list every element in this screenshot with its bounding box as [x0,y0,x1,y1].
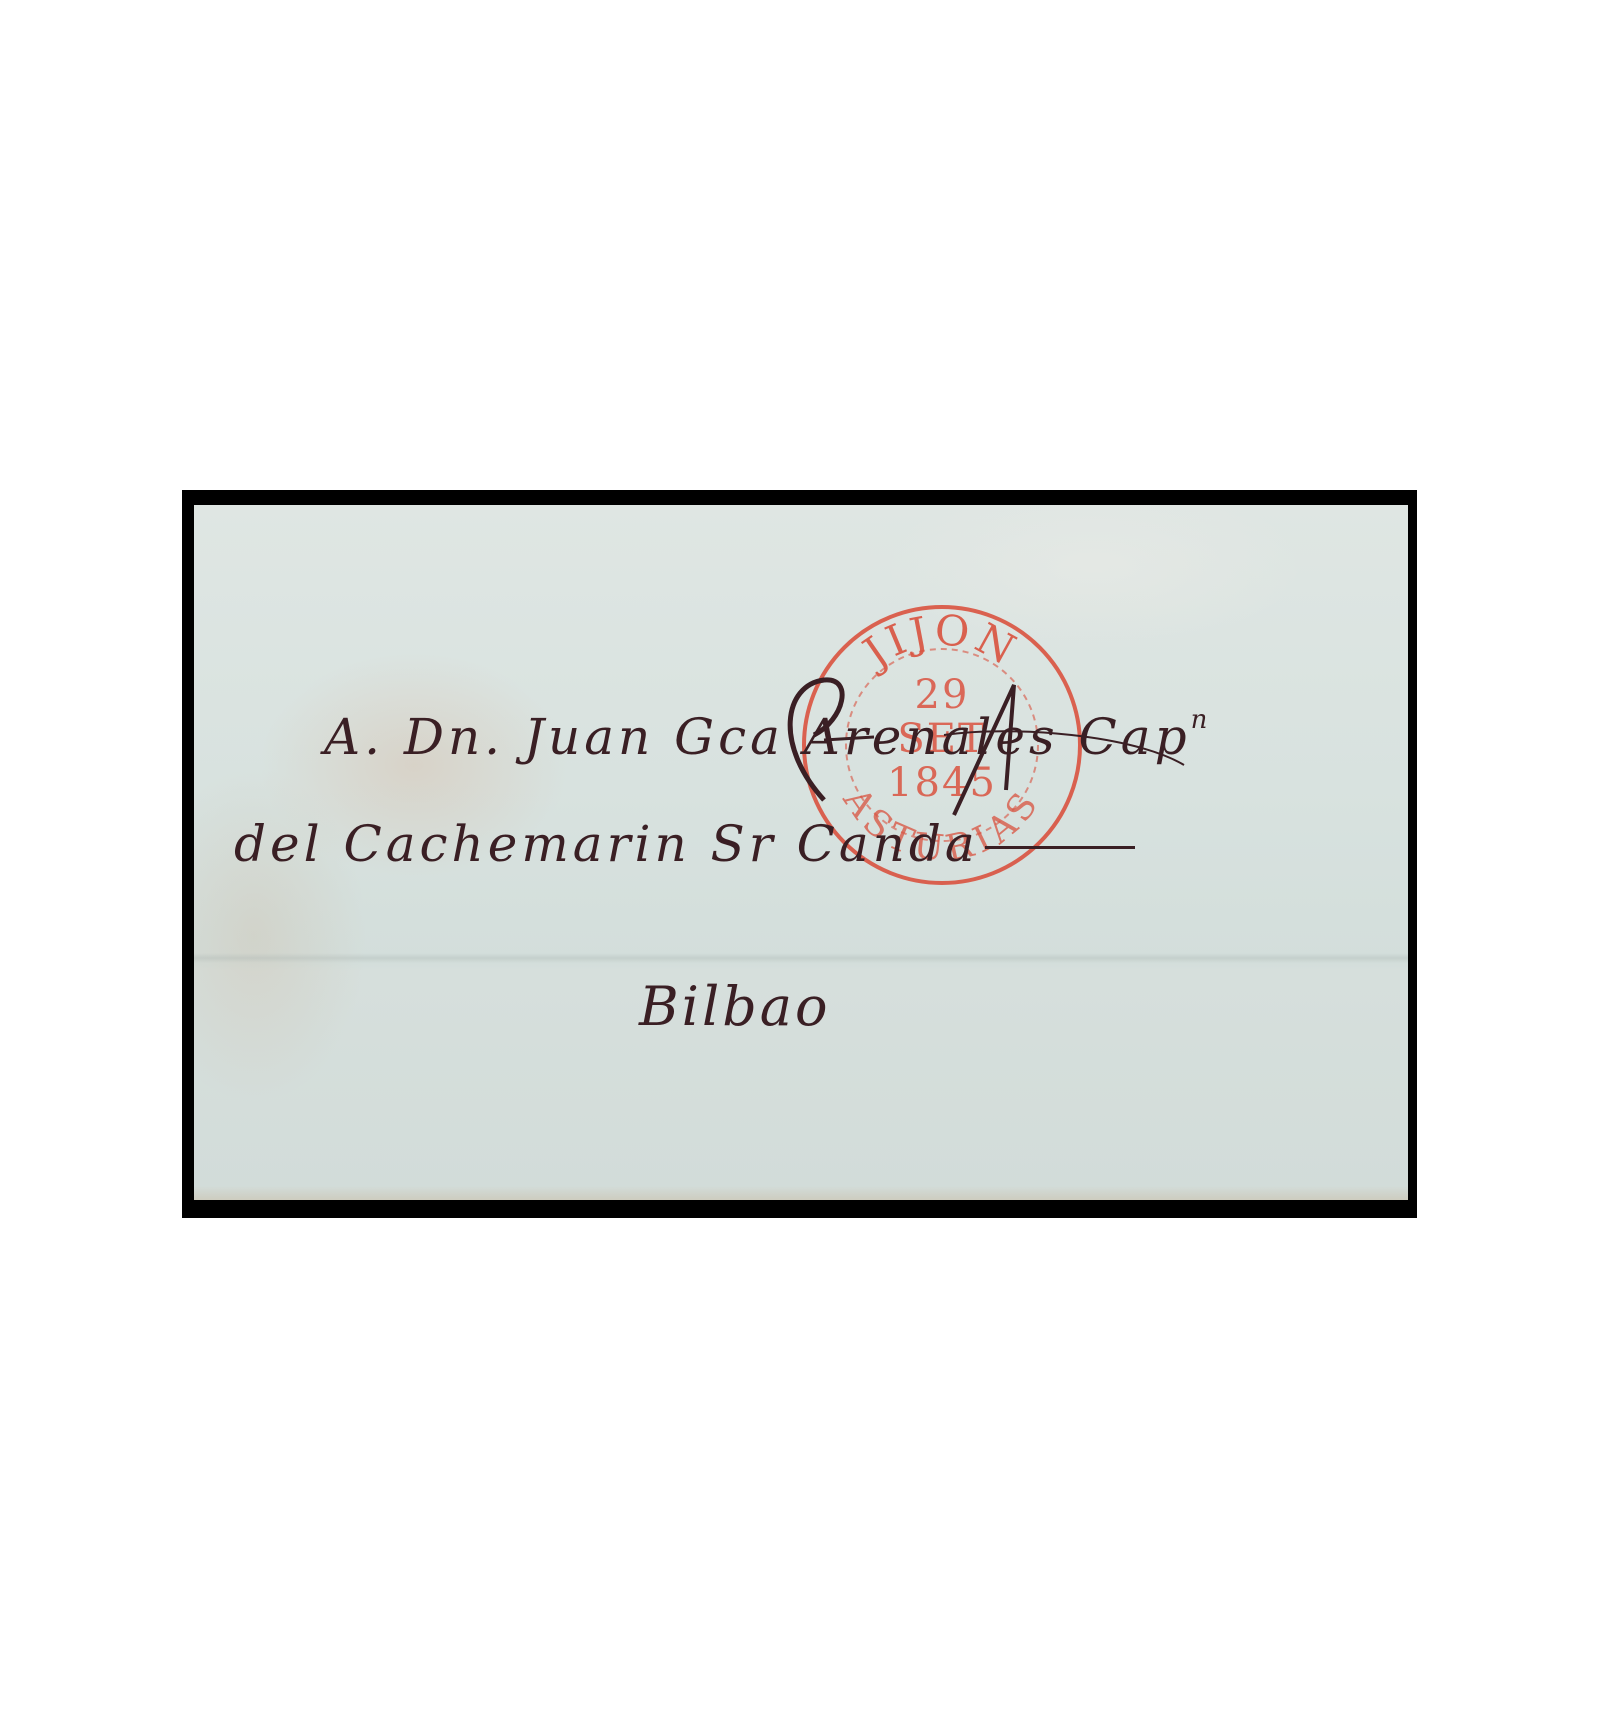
black-display-frame: JIJON ASTURIAS 29 SET 1845 A. Dn. Juan G… [182,490,1417,1218]
postal-cover: JIJON ASTURIAS 29 SET 1845 A. Dn. Juan G… [194,505,1408,1200]
paper-edge-stain [194,1186,1408,1200]
address-line-1: A. Dn. Juan Gca Arenales Capn [324,705,1211,766]
fold-crease [194,953,1408,963]
vessel-text: del Cachemarin Sr Canda [234,815,979,873]
address-line-2: del Cachemarin Sr Canda [234,815,1135,873]
addressee-text: A. Dn. Juan Gca Arenales Cap [324,708,1191,766]
abbreviation-superscript: n [1191,705,1212,735]
pen-dash [985,846,1135,849]
address-line-3-city: Bilbao [639,975,831,1038]
